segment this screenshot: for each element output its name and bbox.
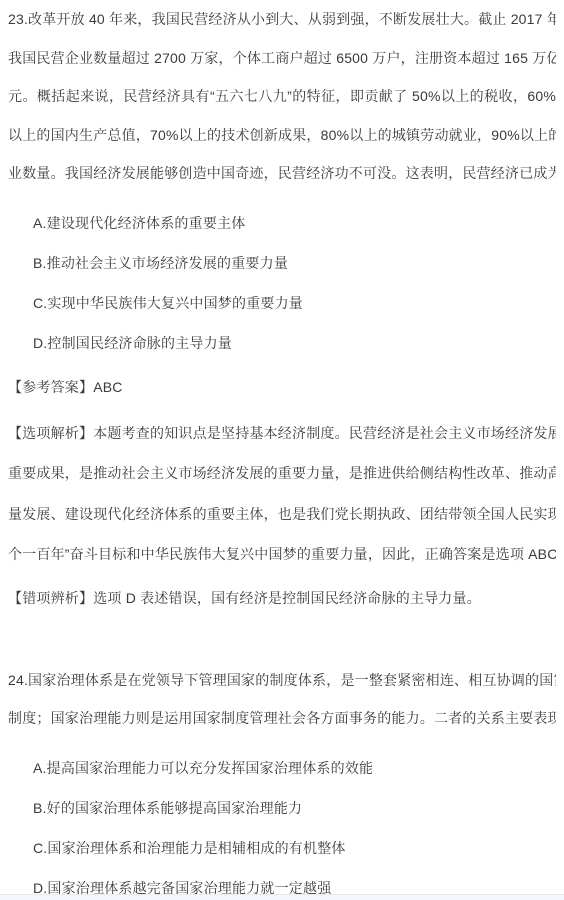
text-line: 制度；国家治理能力则是运用国家制度管理社会各方面事务的能力。二者的关系主要表现为 xyxy=(8,699,556,738)
option-line: A.提高国家治理能力可以充分发挥国家治理体系的效能 xyxy=(8,748,556,788)
option-line: A.建设现代化经济体系的重要主体 xyxy=(8,203,556,243)
option-line: B.推动社会主义市场经济发展的重要力量 xyxy=(8,243,556,283)
question-24: 24.国家治理体系是在党领导下管理国家的制度体系，是一整套紧密相连、相互协调的国… xyxy=(8,661,556,900)
question-23-options: A.建设现代化经济体系的重要主体B.推动社会主义市场经济发展的重要力量C.实现中… xyxy=(8,203,556,363)
question-23-stem: 23.改革开放 40 年来，我国民营经济从小到大、从弱到强，不断发展壮大。截止 … xyxy=(8,0,556,193)
question-23-analysis: 【选项解析】本题考查的知识点是坚持基本经济制度。民营经济是社会主义市场经济发展的… xyxy=(8,413,556,575)
text-line: 【选项解析】本题考查的知识点是坚持基本经济制度。民营经济是社会主义市场经济发展的 xyxy=(8,413,556,454)
text-line: 23.改革开放 40 年来，我国民营经济从小到大、从弱到强，不断发展壮大。截止 … xyxy=(8,0,556,39)
text-line: 我国民营企业数量超过 2700 万家，个体工商户超过 6500 万户，注册资本超… xyxy=(8,39,556,78)
option-line: B.好的国家治理体系能够提高国家治理能力 xyxy=(8,788,556,828)
question-23-wrong-analysis: 【错项辨析】选项 D 表述错误，国有经济是控制国民经济命脉的主导力量。 xyxy=(8,578,556,618)
option-line: C.国家治理体系和治理能力是相辅相成的有机整体 xyxy=(8,828,556,868)
exam-document: 23.改革开放 40 年来，我国民营经济从小到大、从弱到强，不断发展壮大。截止 … xyxy=(0,0,564,900)
option-line: D.控制国民经济命脉的主导力量 xyxy=(8,323,556,363)
text-line: 24.国家治理体系是在党领导下管理国家的制度体系，是一整套紧密相连、相互协调的国… xyxy=(8,661,556,700)
question-24-options: A.提高国家治理能力可以充分发挥国家治理体系的效能B.好的国家治理体系能够提高国… xyxy=(8,748,556,900)
text-line: 重要成果，是推动社会主义市场经济发展的重要力量，是推进供给侧结构性改革、推动高质 xyxy=(8,453,556,494)
question-23: 23.改革开放 40 年来，我国民营经济从小到大、从弱到强，不断发展壮大。截止 … xyxy=(8,0,556,618)
text-line: 量发展、建设现代化经济体系的重要主体，也是我们党长期执政、团结带领全国人民实现“… xyxy=(8,494,556,535)
question-24-stem: 24.国家治理体系是在党领导下管理国家的制度体系，是一整套紧密相连、相互协调的国… xyxy=(8,661,556,738)
text-line: 个一百年”奋斗目标和中华民族伟大复兴中国梦的重要力量，因此，正确答案是选项 AB… xyxy=(8,534,556,575)
text-line: 以上的国内生产总值，70%以上的技术创新成果，80%以上的城镇劳动就业，90%以… xyxy=(8,116,556,155)
question-23-answer: 【参考答案】ABC xyxy=(8,367,556,407)
text-line: 元。概括起来说，民营经济具有“五六七八九”的特征，即贡献了 50%以上的税收，6… xyxy=(8,77,556,116)
option-line: C.实现中华民族伟大复兴中国梦的重要力量 xyxy=(8,283,556,323)
text-line: 业数量。我国经济发展能够创造中国奇迹，民营经济功不可没。这表明，民营经济已成为 xyxy=(8,154,556,193)
bottom-strip xyxy=(0,894,564,900)
